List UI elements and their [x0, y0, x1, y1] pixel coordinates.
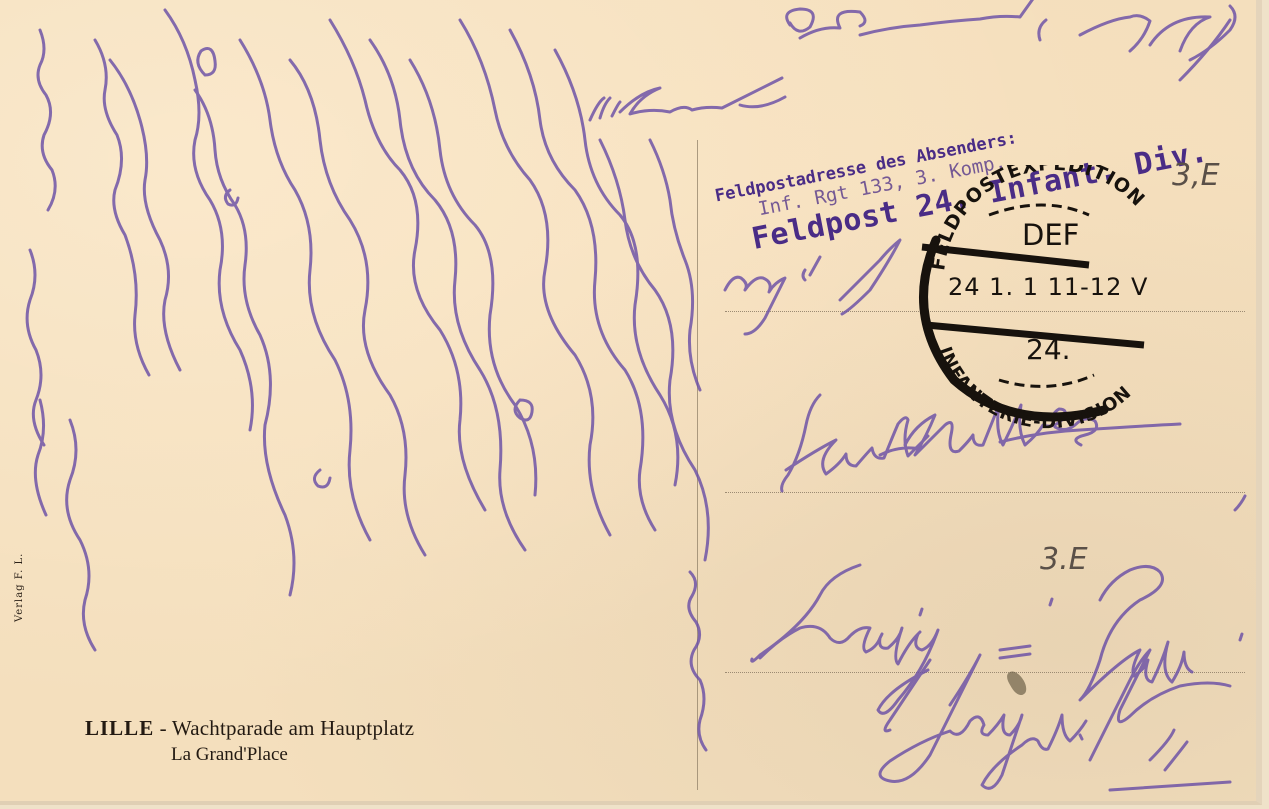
pencil-note-top-right: 3,E — [1172, 158, 1220, 193]
postmark-division-number: 24. — [1026, 333, 1071, 366]
postmark-code: DEF — [1022, 218, 1079, 252]
caption-title-french: La Grand'Place — [171, 744, 288, 766]
publisher-imprint: Verlag F. L. — [14, 553, 25, 622]
field-post-postmark: FELDPOSTEXPEDITION INFANTERIE-DIVISION D… — [914, 165, 1184, 430]
caption-separator: - — [154, 716, 172, 740]
postmark-date: 24 1. 1 11-12 V — [948, 273, 1148, 301]
caption-city: LILLE — [85, 716, 154, 740]
postcard: LILLE - Wachtparade am Hauptplatz La Gra… — [0, 0, 1262, 805]
postcard-caption: LILLE - Wachtparade am Hauptplatz La Gra… — [85, 716, 414, 741]
postmark-time-value: 11-12 V — [1048, 273, 1149, 301]
pencil-note-middle: 3.E — [1040, 542, 1088, 577]
caption-title-german: Wachtparade am Hauptplatz — [172, 716, 414, 740]
postmark-date-value: 24 1. 1 — [948, 273, 1039, 301]
